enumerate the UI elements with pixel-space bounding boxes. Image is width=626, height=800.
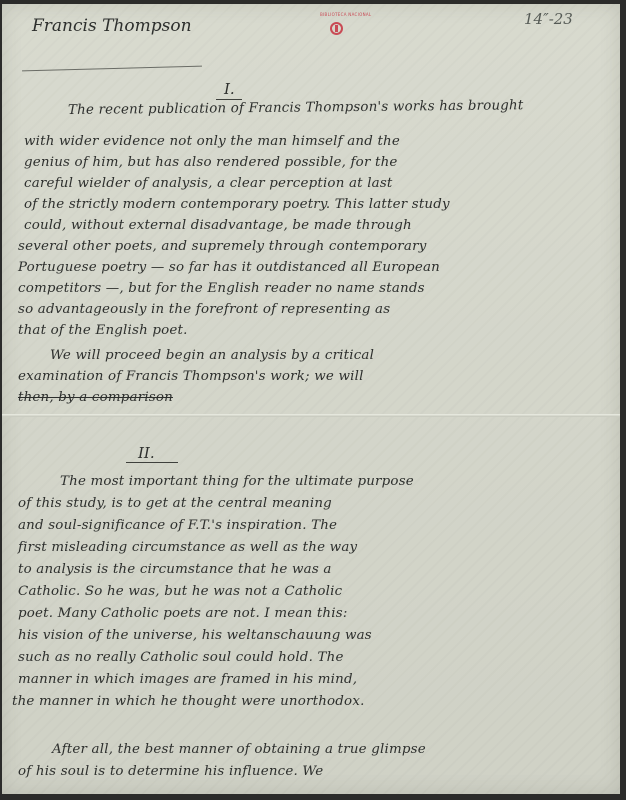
text-line: that of the English poet. <box>18 323 188 338</box>
text-line: his vision of the universe, his weltansc… <box>18 628 372 643</box>
text-line-struck: then, by a comparison <box>18 390 173 405</box>
text-line: such as no really Catholic soul could ho… <box>18 650 344 665</box>
library-stamp: BIBLIOTECA NACIONAL <box>320 12 354 40</box>
text-line: manner in which images are framed in his… <box>18 672 357 687</box>
text-line: to analysis is the circumstance that he … <box>18 562 332 577</box>
text-line: several other poets, and supremely throu… <box>18 239 426 254</box>
stamp-text: BIBLIOTECA NACIONAL <box>320 12 371 17</box>
text-line: could, without external disadvantage, be… <box>24 218 412 233</box>
text-line: so advantageously in the forefront of re… <box>18 302 390 317</box>
text-line: of this study, is to get at the central … <box>18 496 332 511</box>
text-line: with wider evidence not only the man him… <box>24 134 400 149</box>
text-line: and soul-significance of F.T.'s inspirat… <box>18 518 337 533</box>
text-line: We will proceed begin an analysis by a c… <box>50 348 374 363</box>
text-line: After all, the best manner of obtaining … <box>52 742 426 757</box>
text-line: careful wielder of analysis, a clear per… <box>24 176 393 191</box>
text-line: of the strictly modern contemporary poet… <box>24 197 450 212</box>
section-numeral-1: I. <box>224 80 235 98</box>
text-line: Portuguese poetry — so far has it outdis… <box>18 260 440 275</box>
paper-fold-line <box>2 414 620 417</box>
section-numeral-underline <box>126 462 178 463</box>
manuscript-page: BIBLIOTECA NACIONAL 14″-23 Francis Thomp… <box>2 4 620 794</box>
text-line: genius of him, but has also rendered pos… <box>24 155 398 170</box>
text-line: The most important thing for the ultimat… <box>60 474 414 489</box>
text-line: The recent publication of Francis Thomps… <box>68 98 524 118</box>
text-line: of his soul is to determine his influenc… <box>18 764 323 779</box>
section-numeral-2: II. <box>138 444 155 462</box>
stamp-cross-icon <box>335 25 338 32</box>
title-underline <box>22 66 202 72</box>
text-line: competitors —, but for the English reade… <box>18 281 425 296</box>
text-line: poet. Many Catholic poets are not. I mea… <box>18 606 348 621</box>
folio-number: 14″-23 <box>524 10 573 28</box>
section-numeral-underline <box>216 99 242 100</box>
text-line: first misleading circumstance as well as… <box>18 540 357 555</box>
text-line: examination of Francis Thompson's work; … <box>18 369 364 384</box>
manuscript-title: Francis Thompson <box>32 16 192 36</box>
text-line: Catholic. So he was, but he was not a Ca… <box>18 584 342 599</box>
text-line: the manner in which he thought were unor… <box>12 694 365 709</box>
